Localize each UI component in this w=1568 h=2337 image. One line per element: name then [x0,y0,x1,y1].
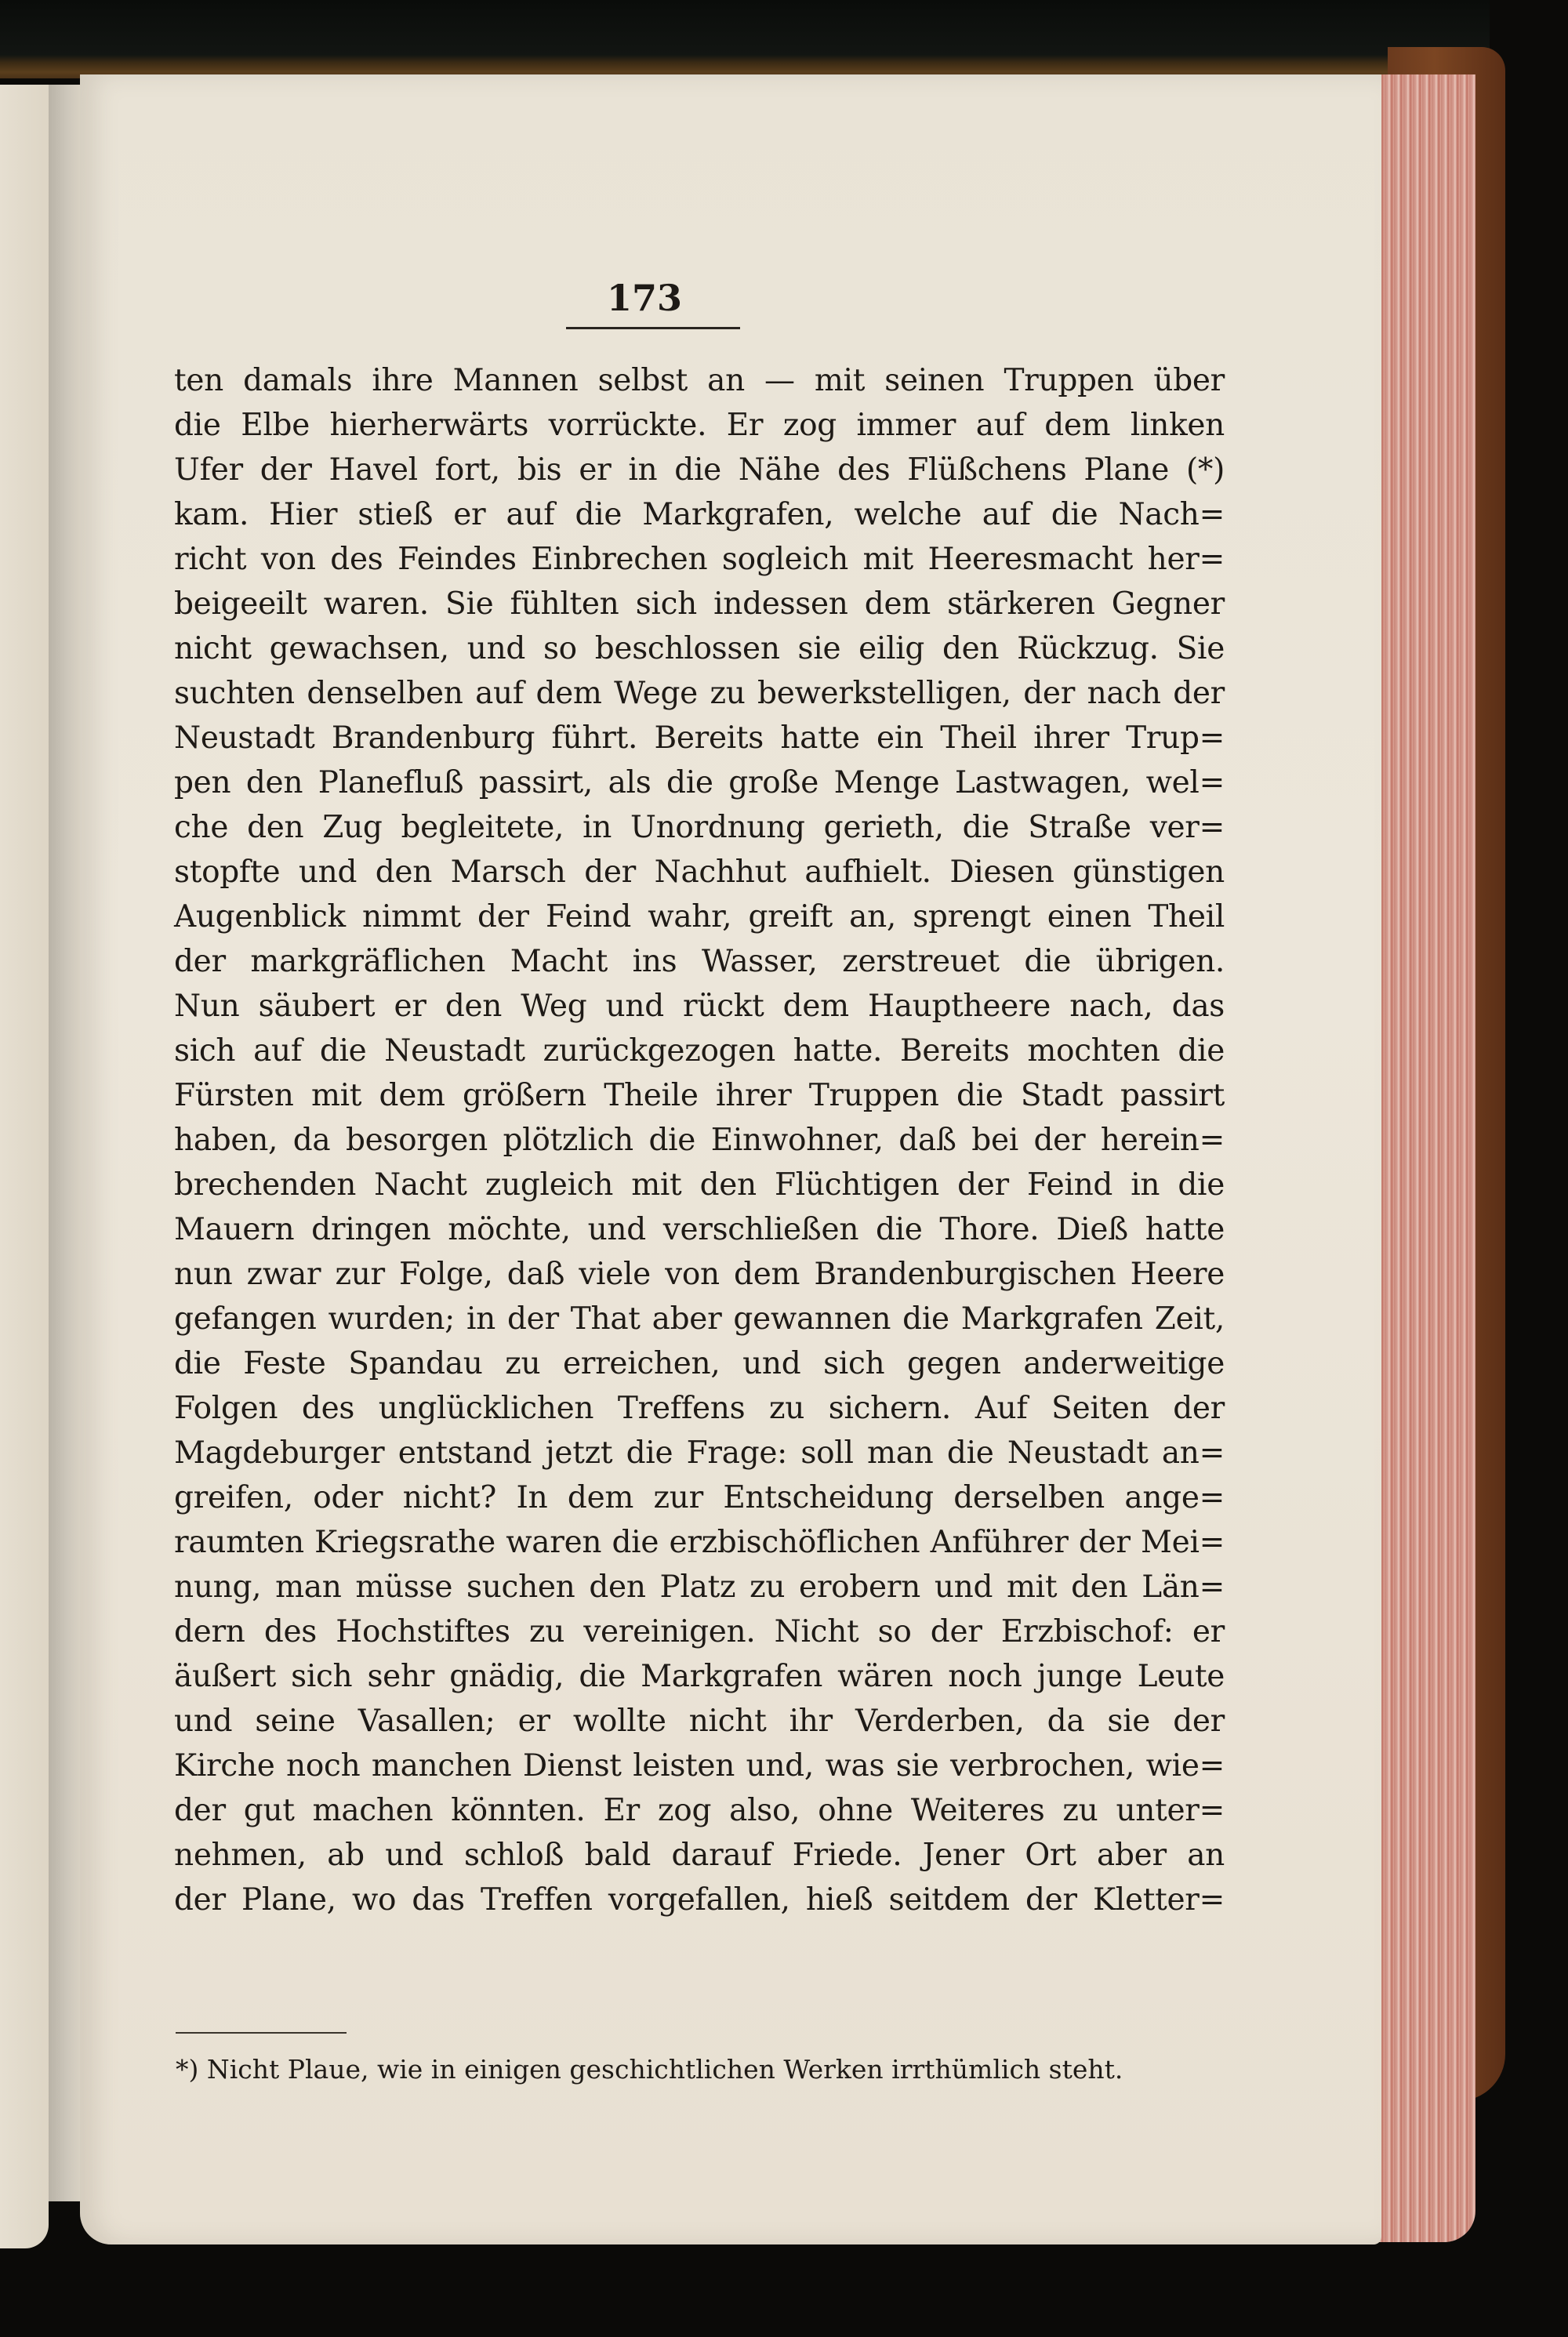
page-number-rule [566,327,740,329]
text-line: dern des Hochstiftes zu vereinigen. Nich… [174,1609,1225,1654]
text-line: nun zwar zur Folge, daß viele von dem Br… [174,1252,1225,1297]
left-page-sliver [0,85,49,2248]
book-gutter [49,85,80,2201]
text-line: Neustadt Brandenburg führt. Bereits hatt… [174,716,1225,760]
text-line: Fürsten mit dem größern Theile ihrer Tru… [174,1073,1225,1118]
text-line: kam. Hier stieß er auf die Markgrafen, w… [174,492,1225,537]
text-line: che den Zug begleitete, in Unordnung ger… [174,805,1225,850]
text-line: Folgen des unglücklichen Treffens zu sic… [174,1386,1225,1431]
page-number: 173 [0,277,1295,319]
text-line: pen den Planefluß passirt, als die große… [174,760,1225,805]
text-line: haben, da besorgen plötzlich die Einwohn… [174,1118,1225,1163]
text-line: Mauern dringen möchte, und verschließen … [174,1207,1225,1252]
book-page: 173 ten damals ihre Mannen selbst an — m… [80,74,1381,2244]
footnote: *) Nicht Plaue, wie in einigen geschicht… [176,2054,1226,2085]
text-line: nehmen, ab und schloß bald darauf Friede… [174,1833,1225,1878]
text-line: der Plane, wo das Treffen vorgefallen, h… [174,1878,1225,1922]
page-edges-red [1366,74,1475,2242]
text-line: Augenblick nimmt der Feind wahr, greift … [174,895,1225,939]
text-line: Nun säubert er den Weg und rückt dem Hau… [174,984,1225,1029]
text-line: gefangen wurden; in der That aber gewann… [174,1297,1225,1341]
body-text: ten damals ihre Mannen selbst an — mit s… [174,358,1225,1922]
text-line: die Elbe hierherwärts vorrückte. Er zog … [174,403,1225,448]
text-line: greifen, oder nicht? In dem zur Entschei… [174,1475,1225,1520]
text-line: äußert sich sehr gnädig, die Markgrafen … [174,1654,1225,1699]
text-line: Magdeburger entstand jetzt die Frage: so… [174,1431,1225,1475]
text-line: nung, man müsse suchen den Platz zu erob… [174,1565,1225,1609]
text-line: sich auf die Neustadt zurückgezogen hatt… [174,1029,1225,1073]
text-line: beigeeilt waren. Sie fühlten sich indess… [174,582,1225,626]
text-line: raumten Kriegsrathe waren die erzbischöf… [174,1520,1225,1565]
text-line: die Feste Spandau zu erreichen, und sich… [174,1341,1225,1386]
text-line: suchten denselben auf dem Wege zu bewerk… [174,671,1225,716]
text-line: nicht gewachsen, und so beschlossen sie … [174,626,1225,671]
text-line: brechenden Nacht zugleich mit den Flücht… [174,1163,1225,1207]
text-line: stopfte und den Marsch der Nachhut aufhi… [174,850,1225,895]
book-top-binding [0,0,1490,78]
text-line: ten damals ihre Mannen selbst an — mit s… [174,358,1225,403]
text-line: Ufer der Havel fort, bis er in die Nähe … [174,448,1225,492]
text-line: Kirche noch manchen Dienst leisten und, … [174,1744,1225,1788]
text-line: und seine Vasallen; er wollte nicht ihr … [174,1699,1225,1744]
footnote-rule [176,2032,347,2034]
text-line: richt von des Feindes Einbrechen sogleic… [174,537,1225,582]
text-line: der markgräflichen Macht ins Wasser, zer… [174,939,1225,984]
text-line: der gut machen könnten. Er zog also, ohn… [174,1788,1225,1833]
